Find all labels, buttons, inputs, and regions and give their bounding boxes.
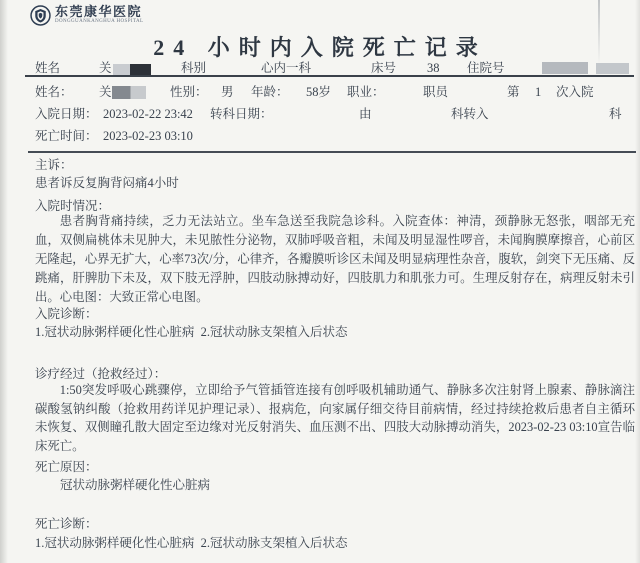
chief-complaint-heading: 主诉： xyxy=(35,158,73,173)
gender-value: 男 xyxy=(221,85,234,100)
transfer-suffix: 科 xyxy=(609,107,622,122)
patient-name-redaction-block xyxy=(112,86,146,99)
index-dept-label: 科别 xyxy=(181,61,206,76)
treatment-course-heading: 诊疗经过（抢救经过）： xyxy=(35,367,166,382)
admission-count-value: 1 xyxy=(535,85,541,100)
index-bed-label: 床号 xyxy=(371,61,396,76)
page-title: 24 小时内入院死亡记录 xyxy=(0,31,640,62)
transfer-from-prefix: 由 xyxy=(359,107,372,122)
section-divider-rule xyxy=(28,151,636,153)
death-diagnosis-content: 1.冠状动脉粥样硬化性心脏病 2.冠状动脉支架植入后状态 xyxy=(35,536,348,551)
gender-label: 性别： xyxy=(170,85,208,100)
hospital-logo: 东莞康华医院 DONGGUANKANGHUA HOSPITAL xyxy=(30,5,144,26)
hospital-shield-icon xyxy=(30,5,51,26)
index-dept-value: 心内一科 xyxy=(261,61,311,76)
admission-date-label: 入院日期： xyxy=(35,107,98,122)
admission-count-suffix: 次入院 xyxy=(556,85,594,100)
header-rule xyxy=(25,75,634,77)
occupation-label: 职业： xyxy=(347,85,385,100)
index-bed-value: 38 xyxy=(427,61,440,76)
death-time-value: 2023-02-23 03:10 xyxy=(103,129,193,144)
chief-complaint-content: 患者诉反复胸背闷痛4小时 xyxy=(35,176,179,191)
paper-left-edge-shadow xyxy=(0,0,8,563)
transfer-mid: 科转入 xyxy=(451,107,489,122)
paper-right-edge-shadow xyxy=(635,0,640,563)
patient-name-label: 姓名： xyxy=(35,85,73,100)
admission-no-redaction-block-1 xyxy=(542,62,588,74)
age-value: 58岁 xyxy=(306,85,331,100)
admission-no-redaction-block-2 xyxy=(596,63,629,74)
death-diagnosis-heading: 死亡诊断： xyxy=(35,517,98,532)
index-name-value: 关 xyxy=(99,61,112,76)
admission-diagnosis-heading: 入院诊断： xyxy=(35,307,98,322)
cause-of-death-content: 冠状动脉粥样硬化性心脏病 xyxy=(60,478,210,493)
death-record-document: 东莞康华医院 DONGGUANKANGHUA HOSPITAL 24 小时内入院… xyxy=(0,0,640,563)
hospital-name-en: DONGGUANKANGHUA HOSPITAL xyxy=(55,19,144,25)
index-admission-no-label: 住院号 xyxy=(467,61,505,76)
name-redaction-block xyxy=(113,64,151,75)
patient-name-value: 关 xyxy=(99,85,112,100)
admission-date-value: 2023-02-22 23:42 xyxy=(103,107,193,122)
treatment-course-content: 1:50突发呼吸心跳骤停，立即给予气管插管连接有创呼吸机辅助通气、静脉多次注射肾… xyxy=(35,381,635,455)
index-name-label: 姓名 xyxy=(35,61,60,76)
age-label: 年龄： xyxy=(251,85,289,100)
condition-on-admission-content: 患者胸背痛持续，乏力无法站立。坐车急送至我院急诊科。入院查体：神清，颈静脉无怒张… xyxy=(35,212,635,307)
occupation-value: 职员 xyxy=(423,85,448,100)
admission-diagnosis-content: 1.冠状动脉粥样硬化性心脏病 2.冠状动脉支架植入后状态 xyxy=(35,325,348,340)
hospital-name: 东莞康华医院 xyxy=(55,5,144,19)
transfer-date-label: 转科日期： xyxy=(210,107,273,122)
admission-count-prefix: 第 xyxy=(507,85,520,100)
cause-of-death-heading: 死亡原因： xyxy=(35,460,98,475)
death-time-label: 死亡时间： xyxy=(35,129,98,144)
hospital-logo-text: 东莞康华医院 DONGGUANKANGHUA HOSPITAL xyxy=(55,5,144,25)
